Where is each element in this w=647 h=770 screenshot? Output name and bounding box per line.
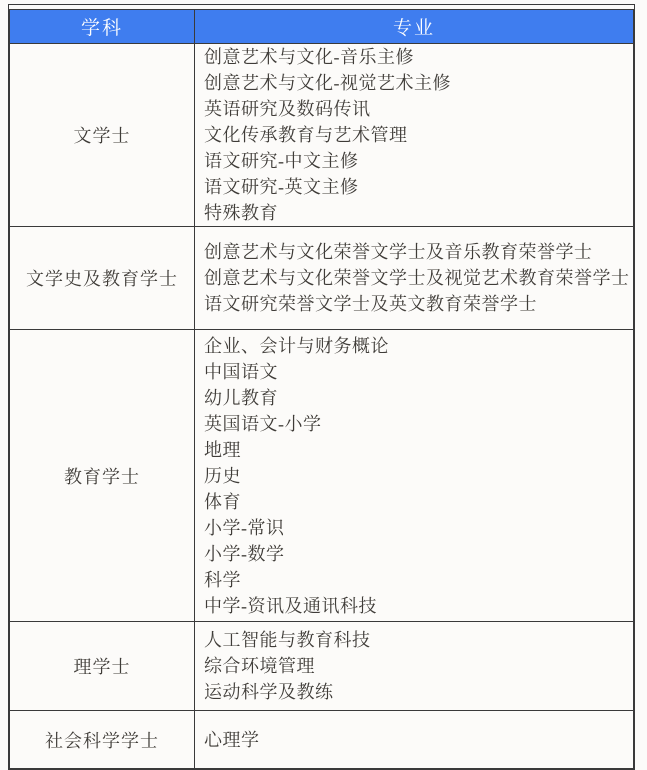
major-item: 英国语文-小学 [204,411,624,437]
major-item: 企业、会计与财务概论 [204,333,624,359]
table-row: 社会科学学士心理学 [10,711,634,751]
major-item: 创意艺术与文化-音乐主修 [204,44,624,70]
major-item: 地理 [204,437,624,463]
major-item: 科学 [204,567,624,593]
major-item: 特殊教育 [204,200,624,226]
major-item: 语文研究-中文主修 [204,148,624,174]
major-item: 英语研究及数码传讯 [204,96,624,122]
major-item: 创意艺术与文化荣誉文学士及视觉艺术教育荣誉学士 [204,265,624,291]
major-item: 心理学 [204,727,624,751]
major-item: 中国语文 [204,359,624,385]
major-item: 文化传承教育与艺术管理 [204,122,624,148]
majors-cell: 心理学 [195,711,634,751]
majors-cell: 人工智能与教育科技综合环境管理运动科学及教练 [195,622,634,711]
majors-cell: 企业、会计与财务概论中国语文幼儿教育英国语文-小学地理历史体育小学-常识小学-数… [195,330,634,622]
major-item: 创意艺术与文化-视觉艺术主修 [204,70,624,96]
majors-cell: 创意艺术与文化-音乐主修创意艺术与文化-视觉艺术主修英语研究及数码传讯文化传承教… [195,44,634,227]
major-item: 语文研究-英文主修 [204,174,624,200]
major-item: 历史 [204,463,624,489]
discipline-cell: 教育学士 [10,330,195,622]
discipline-cell: 社会科学学士 [10,711,195,751]
major-item: 体育 [204,489,624,515]
major-item: 综合环境管理 [204,653,624,679]
major-item: 人工智能与教育科技 [204,627,624,653]
table-row: 文学史及教育学士创意艺术与文化荣誉文学士及音乐教育荣誉学士创意艺术与文化荣誉文学… [10,227,634,330]
discipline-cell: 文学士 [10,44,195,227]
major-item: 创意艺术与文化荣誉文学士及音乐教育荣誉学士 [204,239,624,265]
program-table-container: 学科 专业 文学士创意艺术与文化-音乐主修创意艺术与文化-视觉艺术主修英语研究及… [8,4,635,750]
major-item: 小学-数学 [204,541,624,567]
discipline-cell: 理学士 [10,622,195,711]
majors-cell: 创意艺术与文化荣誉文学士及音乐教育荣誉学士创意艺术与文化荣誉文学士及视觉艺术教育… [195,227,634,330]
header-cell-discipline: 学科 [10,10,195,44]
table-row: 文学士创意艺术与文化-音乐主修创意艺术与文化-视觉艺术主修英语研究及数码传讯文化… [10,44,634,227]
table-row: 理学士人工智能与教育科技综合环境管理运动科学及教练 [10,622,634,711]
discipline-cell: 文学史及教育学士 [10,227,195,330]
major-item: 语文研究荣誉文学士及英文教育荣誉学士 [204,291,624,317]
major-item: 中学-资讯及通讯科技 [204,593,624,619]
table-row: 教育学士企业、会计与财务概论中国语文幼儿教育英国语文-小学地理历史体育小学-常识… [10,330,634,622]
major-item: 小学-常识 [204,515,624,541]
program-table: 学科 专业 文学士创意艺术与文化-音乐主修创意艺术与文化-视觉艺术主修英语研究及… [9,9,634,750]
table-body: 文学士创意艺术与文化-音乐主修创意艺术与文化-视觉艺术主修英语研究及数码传讯文化… [10,44,634,751]
major-item: 幼儿教育 [204,385,624,411]
major-item: 运动科学及教练 [204,679,624,705]
table-header-row: 学科 专业 [10,10,634,44]
header-cell-major: 专业 [195,10,634,44]
